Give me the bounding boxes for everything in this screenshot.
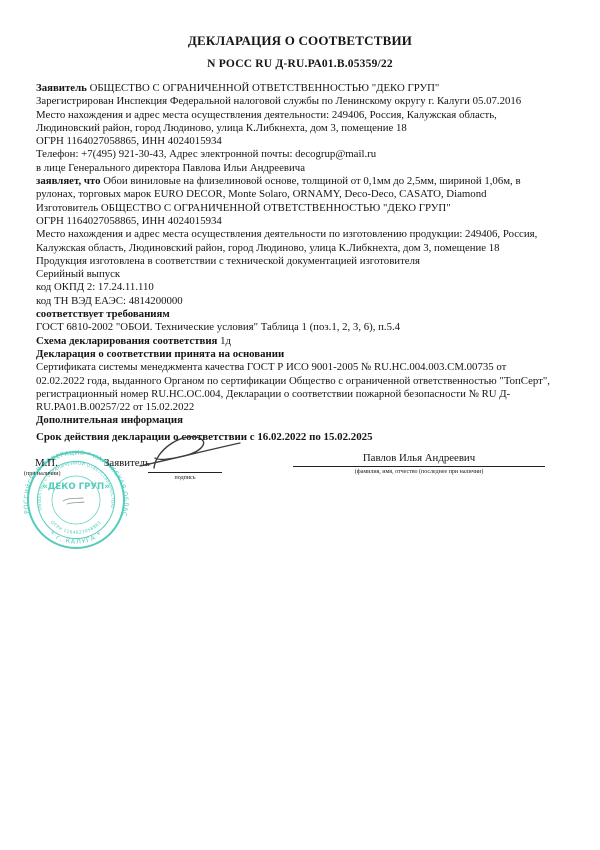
doc-line-text: регистрационный номер RU.НС.ОС.004, Декл… <box>36 388 510 400</box>
doc-line-bold: соответствует требованиям <box>36 308 170 320</box>
doc-line-text: рулонах, торговых марок EURO DECOR, Mont… <box>36 188 487 200</box>
doc-line-text: Изготовитель ОБЩЕСТВО С ОГРАНИЧЕННОЙ ОТВ… <box>36 202 451 214</box>
doc-line-text: 02.02.2022 года, выданного Органом по се… <box>36 375 550 387</box>
doc-line-text: Сертификата системы менеджмента качества… <box>36 361 506 373</box>
doc-line: ОГРН 1164027058865, ИНН 4024015934 <box>36 135 572 148</box>
doc-line-text: код ОКПД 2: 17.24.11.110 <box>36 281 154 293</box>
doc-line: RU.РА01.В.00257/22 от 15.02.2022 <box>36 401 572 414</box>
doc-line-bold: заявляет, что <box>36 175 103 187</box>
stamp-company-name-text: «ДЕКО ГРУП» <box>42 482 110 492</box>
signatory-name-line <box>293 466 545 467</box>
doc-line: код ОКПД 2: 17.24.11.110 <box>36 281 572 294</box>
doc-line-text: ГОСТ 6810-2002 "ОБОИ. Технические услови… <box>36 321 400 333</box>
doc-line-text: Продукция изготовлена в соответствии с т… <box>36 255 420 267</box>
doc-line-text: Обои виниловые на флизелиновой основе, т… <box>103 175 520 187</box>
doc-line: заявляет, что Обои виниловые на флизелин… <box>36 175 572 188</box>
doc-line-text: Калужская область, Людиновский район, го… <box>36 242 500 254</box>
doc-line: соответствует требованиям <box>36 308 572 321</box>
declaration-body: Заявитель ОБЩЕСТВО С ОГРАНИЧЕННОЙ ОТВЕТС… <box>36 82 572 428</box>
declaration-document-page: ДЕКЛАРАЦИЯ О СООТВЕТСТВИИ N РОСС RU Д-RU… <box>0 0 600 850</box>
doc-line: Изготовитель ОБЩЕСТВО С ОГРАНИЧЕННОЙ ОТВ… <box>36 202 572 215</box>
doc-line: Телефон: +7(495) 921-30-43, Адрес электр… <box>36 148 572 161</box>
doc-line-text: 1д <box>220 335 231 347</box>
doc-line-text: Место нахождения и адрес места осуществл… <box>36 109 497 121</box>
doc-line: Калужская область, Людиновский район, го… <box>36 242 572 255</box>
doc-line: рулонах, торговых марок EURO DECOR, Mont… <box>36 188 572 201</box>
doc-line: Схема декларирования соответствия 1д <box>36 335 572 348</box>
doc-line-text: ОГРН 1164027058865, ИНН 4024015934 <box>36 135 222 147</box>
doc-line: регистрационный номер RU.НС.ОС.004, Декл… <box>36 388 572 401</box>
doc-line-bold: Заявитель <box>36 82 90 94</box>
doc-line: Людиновский район, город Людиново, улица… <box>36 122 572 135</box>
doc-line-text: Телефон: +7(495) 921-30-43, Адрес электр… <box>36 148 376 160</box>
signatory-name-caption: (фамилия, имя, отчество (последнее при н… <box>293 469 545 475</box>
doc-line-bold: Декларация о соответствии принята на осн… <box>36 348 284 360</box>
document-title: ДЕКЛАРАЦИЯ О СООТВЕТСТВИИ <box>0 33 600 49</box>
doc-line: Сертификата системы менеджмента качества… <box>36 361 572 374</box>
doc-line: Продукция изготовлена в соответствии с т… <box>36 255 572 268</box>
doc-line-text: в лице Генерального директора Павлова Ил… <box>36 162 305 174</box>
doc-line: ГОСТ 6810-2002 "ОБОИ. Технические услови… <box>36 321 572 334</box>
doc-line: Место нахождения и адрес места осуществл… <box>36 109 572 122</box>
doc-line: Зарегистрирован Инспекция Федеральной на… <box>36 95 572 108</box>
doc-line-text: Зарегистрирован Инспекция Федеральной на… <box>36 95 521 107</box>
doc-line-text: RU.РА01.В.00257/22 от 15.02.2022 <box>36 401 194 413</box>
doc-line: в лице Генерального директора Павлова Ил… <box>36 162 572 175</box>
doc-line: Серийный выпуск <box>36 268 572 281</box>
doc-line-bold: Схема декларирования соответствия <box>36 335 220 347</box>
doc-line: код ТН ВЭД ЕАЭС: 4814200000 <box>36 295 572 308</box>
doc-line: Декларация о соответствии принята на осн… <box>36 348 572 361</box>
stamp-place-label: М.П. <box>35 457 58 469</box>
handwritten-signature <box>136 430 246 476</box>
signatory-name: Павлов Илья Андреевич <box>293 452 545 464</box>
doc-line-text: ОГРН 1164027058865, ИНН 4024015934 <box>36 215 222 227</box>
doc-line-text: Людиновский район, город Людиново, улица… <box>36 122 407 134</box>
declaration-number: N РОСС RU Д-RU.РА01.В.05359/22 <box>0 58 600 70</box>
doc-line-text: Место нахождения и адрес места осуществл… <box>36 228 537 240</box>
doc-line-bold: Дополнительная информация <box>36 414 183 426</box>
doc-line: ОГРН 1164027058865, ИНН 4024015934 <box>36 215 572 228</box>
doc-line-text: Серийный выпуск <box>36 268 120 280</box>
doc-line: Место нахождения и адрес места осуществл… <box>36 228 572 241</box>
stamp-center-scribble <box>63 498 84 504</box>
doc-line-text: код ТН ВЭД ЕАЭС: 4814200000 <box>36 295 183 307</box>
doc-line-text: ОБЩЕСТВО С ОГРАНИЧЕННОЙ ОТВЕТСТВЕННОСТЬЮ… <box>90 82 440 94</box>
doc-line: Дополнительная информация <box>36 414 572 427</box>
stamp-place-note: (при наличии) <box>24 471 61 477</box>
doc-line: Заявитель ОБЩЕСТВО С ОГРАНИЧЕННОЙ ОТВЕТС… <box>36 82 572 95</box>
doc-line: 02.02.2022 года, выданного Органом по се… <box>36 375 572 388</box>
validity-period: Срок действия декларации о соответствии … <box>36 431 572 443</box>
